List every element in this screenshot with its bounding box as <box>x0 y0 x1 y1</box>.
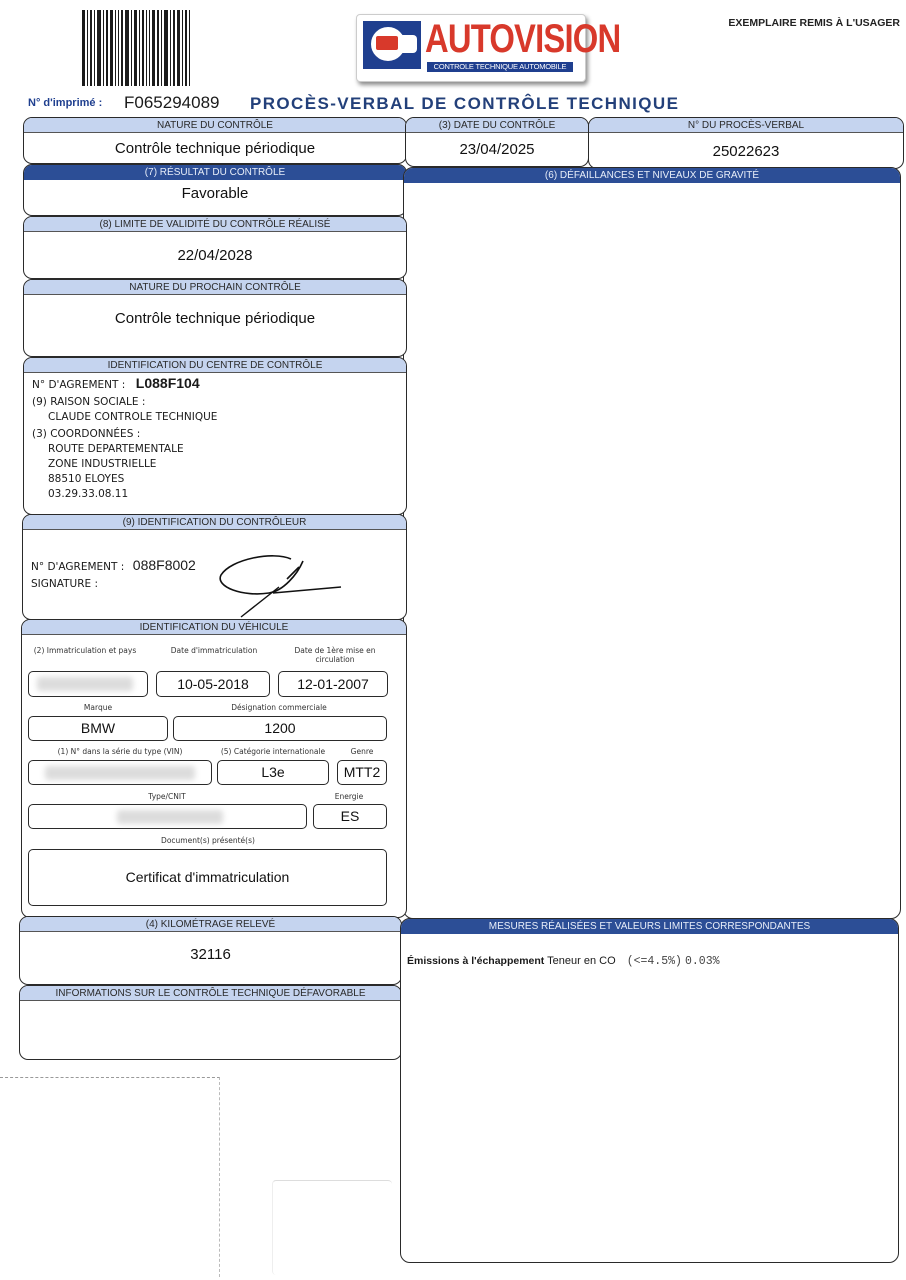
resultat-box: (7) RÉSULTAT DU CONTRÔLE Favorable <box>23 164 407 216</box>
defaillances-label: (6) DÉFAILLANCES ET NIVEAUX DE GRAVITÉ <box>404 168 900 183</box>
redacted-vin <box>45 766 195 780</box>
brand-tagline: CONTROLE TECHNIQUE AUTOMOBILE <box>427 62 573 72</box>
prochain-controle-box: NATURE DU PROCHAIN CONTRÔLE Contrôle tec… <box>23 279 407 357</box>
vin-label: (1) N° dans la série du type (VIN) <box>28 747 212 756</box>
address-line: 03.29.33.08.11 <box>48 488 128 500</box>
faint-stamp-outline <box>272 1180 392 1275</box>
marque-field: BMW <box>28 716 168 741</box>
genre-label: Genre <box>336 747 388 756</box>
designation-field: 1200 <box>173 716 387 741</box>
date-controle-label: (3) DATE DU CONTRÔLE <box>406 118 588 133</box>
coordonnees-label: (3) COORDONNÉES : <box>32 428 140 440</box>
info-defavorable-box: INFORMATIONS SUR LE CONTRÔLE TECHNIQUE D… <box>19 985 402 1060</box>
date-immat-field: 10-05-2018 <box>156 671 270 697</box>
date-mise-circ-field: 12-01-2007 <box>278 671 388 697</box>
centre-agrement-label: N° D'AGREMENT : <box>32 379 125 391</box>
vehicule-box: IDENTIFICATION DU VÉHICULE (2) Immatricu… <box>21 619 407 918</box>
controleur-label: (9) IDENTIFICATION DU CONTRÔLEUR <box>23 515 406 530</box>
dashed-cutout-outline <box>0 1077 220 1277</box>
controleur-agrement-label: N° D'AGREMENT : <box>31 561 124 573</box>
centre-agrement-value: L088F104 <box>136 375 200 391</box>
barcode <box>82 10 268 86</box>
mesures-label: MESURES RÉALISÉES ET VALEURS LIMITES COR… <box>401 919 898 934</box>
immat-field <box>28 671 148 697</box>
measure-category: Émissions à l'échappement <box>407 955 544 967</box>
type-field <box>28 804 307 829</box>
energie-field: ES <box>313 804 387 829</box>
numero-pv-label: N° DU PROCÈS-VERBAL <box>589 118 903 133</box>
defaillances-box: (6) DÉFAILLANCES ET NIVEAUX DE GRAVITÉ <box>403 167 901 919</box>
limite-validite-box: (8) LIMITE DE VALIDITÉ DU CONTRÔLE RÉALI… <box>23 216 407 279</box>
energie-label: Energie <box>312 792 386 801</box>
date-immat-label: Date d'immatriculation <box>156 646 272 655</box>
genre-field: MTT2 <box>337 760 387 785</box>
centre-box: IDENTIFICATION DU CENTRE DE CONTRÔLE N° … <box>23 357 407 515</box>
signature-label: SIGNATURE : <box>31 578 98 590</box>
type-label: Type/CNIT <box>28 792 306 801</box>
kilometrage-value: 32116 <box>20 946 401 963</box>
measure-limit: (<=4.5%) <box>627 955 682 968</box>
vin-field <box>28 760 212 785</box>
marque-label: Marque <box>28 703 168 712</box>
copy-notice: EXEMPLAIRE REMIS À L'USAGER <box>728 17 900 29</box>
prochain-controle-label: NATURE DU PROCHAIN CONTRÔLE <box>24 280 406 295</box>
limite-validite-label: (8) LIMITE DE VALIDITÉ DU CONTRÔLE RÉALI… <box>24 217 406 232</box>
signature-icon <box>213 553 353 620</box>
nature-controle-value: Contrôle technique périodique <box>24 140 406 157</box>
resultat-label: (7) RÉSULTAT DU CONTRÔLE <box>24 165 406 180</box>
date-mise-circ-label: Date de 1ère mise en circulation <box>278 646 392 664</box>
categorie-label: (5) Catégorie internationale <box>216 747 330 756</box>
documents-label: Document(s) présenté(s) <box>28 836 388 845</box>
numero-pv-value: 25022623 <box>589 143 903 160</box>
mesures-box: MESURES RÉALISÉES ET VALEURS LIMITES COR… <box>400 918 899 1263</box>
info-defavorable-label: INFORMATIONS SUR LE CONTRÔLE TECHNIQUE D… <box>20 986 401 1001</box>
redacted-immat <box>37 677 133 691</box>
categorie-field: L3e <box>217 760 329 785</box>
car-magnifier-icon <box>363 21 421 69</box>
raison-sociale-value: CLAUDE CONTROLE TECHNIQUE <box>48 411 217 423</box>
document-title: PROCÈS-VERBAL DE CONTRÔLE TECHNIQUE <box>250 94 679 114</box>
address-line: ROUTE DEPARTEMENTALE <box>48 443 184 455</box>
redacted-type <box>117 810 223 824</box>
kilometrage-label: (4) KILOMÉTRAGE RELEVÉ <box>20 917 401 932</box>
address-line: ZONE INDUSTRIELLE <box>48 458 156 470</box>
kilometrage-box: (4) KILOMÉTRAGE RELEVÉ 32116 <box>19 916 402 985</box>
autovision-logo: AUTOVISION CONTROLE TECHNIQUE AUTOMOBILE <box>356 14 586 82</box>
nature-controle-box: NATURE DU CONTRÔLE Contrôle technique pé… <box>23 117 407 164</box>
address-line: 88510 ELOYES <box>48 473 124 485</box>
vehicule-label: IDENTIFICATION DU VÉHICULE <box>22 620 406 635</box>
measure-row: Émissions à l'échappement Teneur en CO (… <box>407 955 720 968</box>
centre-label: IDENTIFICATION DU CENTRE DE CONTRÔLE <box>24 358 406 373</box>
resultat-value: Favorable <box>24 185 406 202</box>
measure-value: 0.03% <box>685 955 720 968</box>
controleur-agrement-value: 088F8002 <box>133 557 196 573</box>
date-controle-box: (3) DATE DU CONTRÔLE 23/04/2025 <box>405 117 589 167</box>
date-controle-value: 23/04/2025 <box>406 141 588 158</box>
prochain-controle-value: Contrôle technique périodique <box>24 310 406 327</box>
limite-validite-value: 22/04/2028 <box>24 247 406 264</box>
documents-field: Certificat d'immatriculation <box>28 849 387 906</box>
designation-label: Désignation commerciale <box>172 703 386 712</box>
print-number: F065294089 <box>124 93 219 113</box>
measure-name: Teneur en CO <box>547 955 615 967</box>
brand-name: AUTOVISION <box>425 17 620 62</box>
print-number-label: N° d'imprimé : <box>28 97 102 109</box>
controleur-box: (9) IDENTIFICATION DU CONTRÔLEUR N° D'AG… <box>22 514 407 620</box>
nature-controle-label: NATURE DU CONTRÔLE <box>24 118 406 133</box>
numero-pv-box: N° DU PROCÈS-VERBAL 25022623 <box>588 117 904 169</box>
raison-sociale-label: (9) RAISON SOCIALE : <box>32 396 145 408</box>
immat-label: (2) Immatriculation et pays <box>26 646 144 655</box>
